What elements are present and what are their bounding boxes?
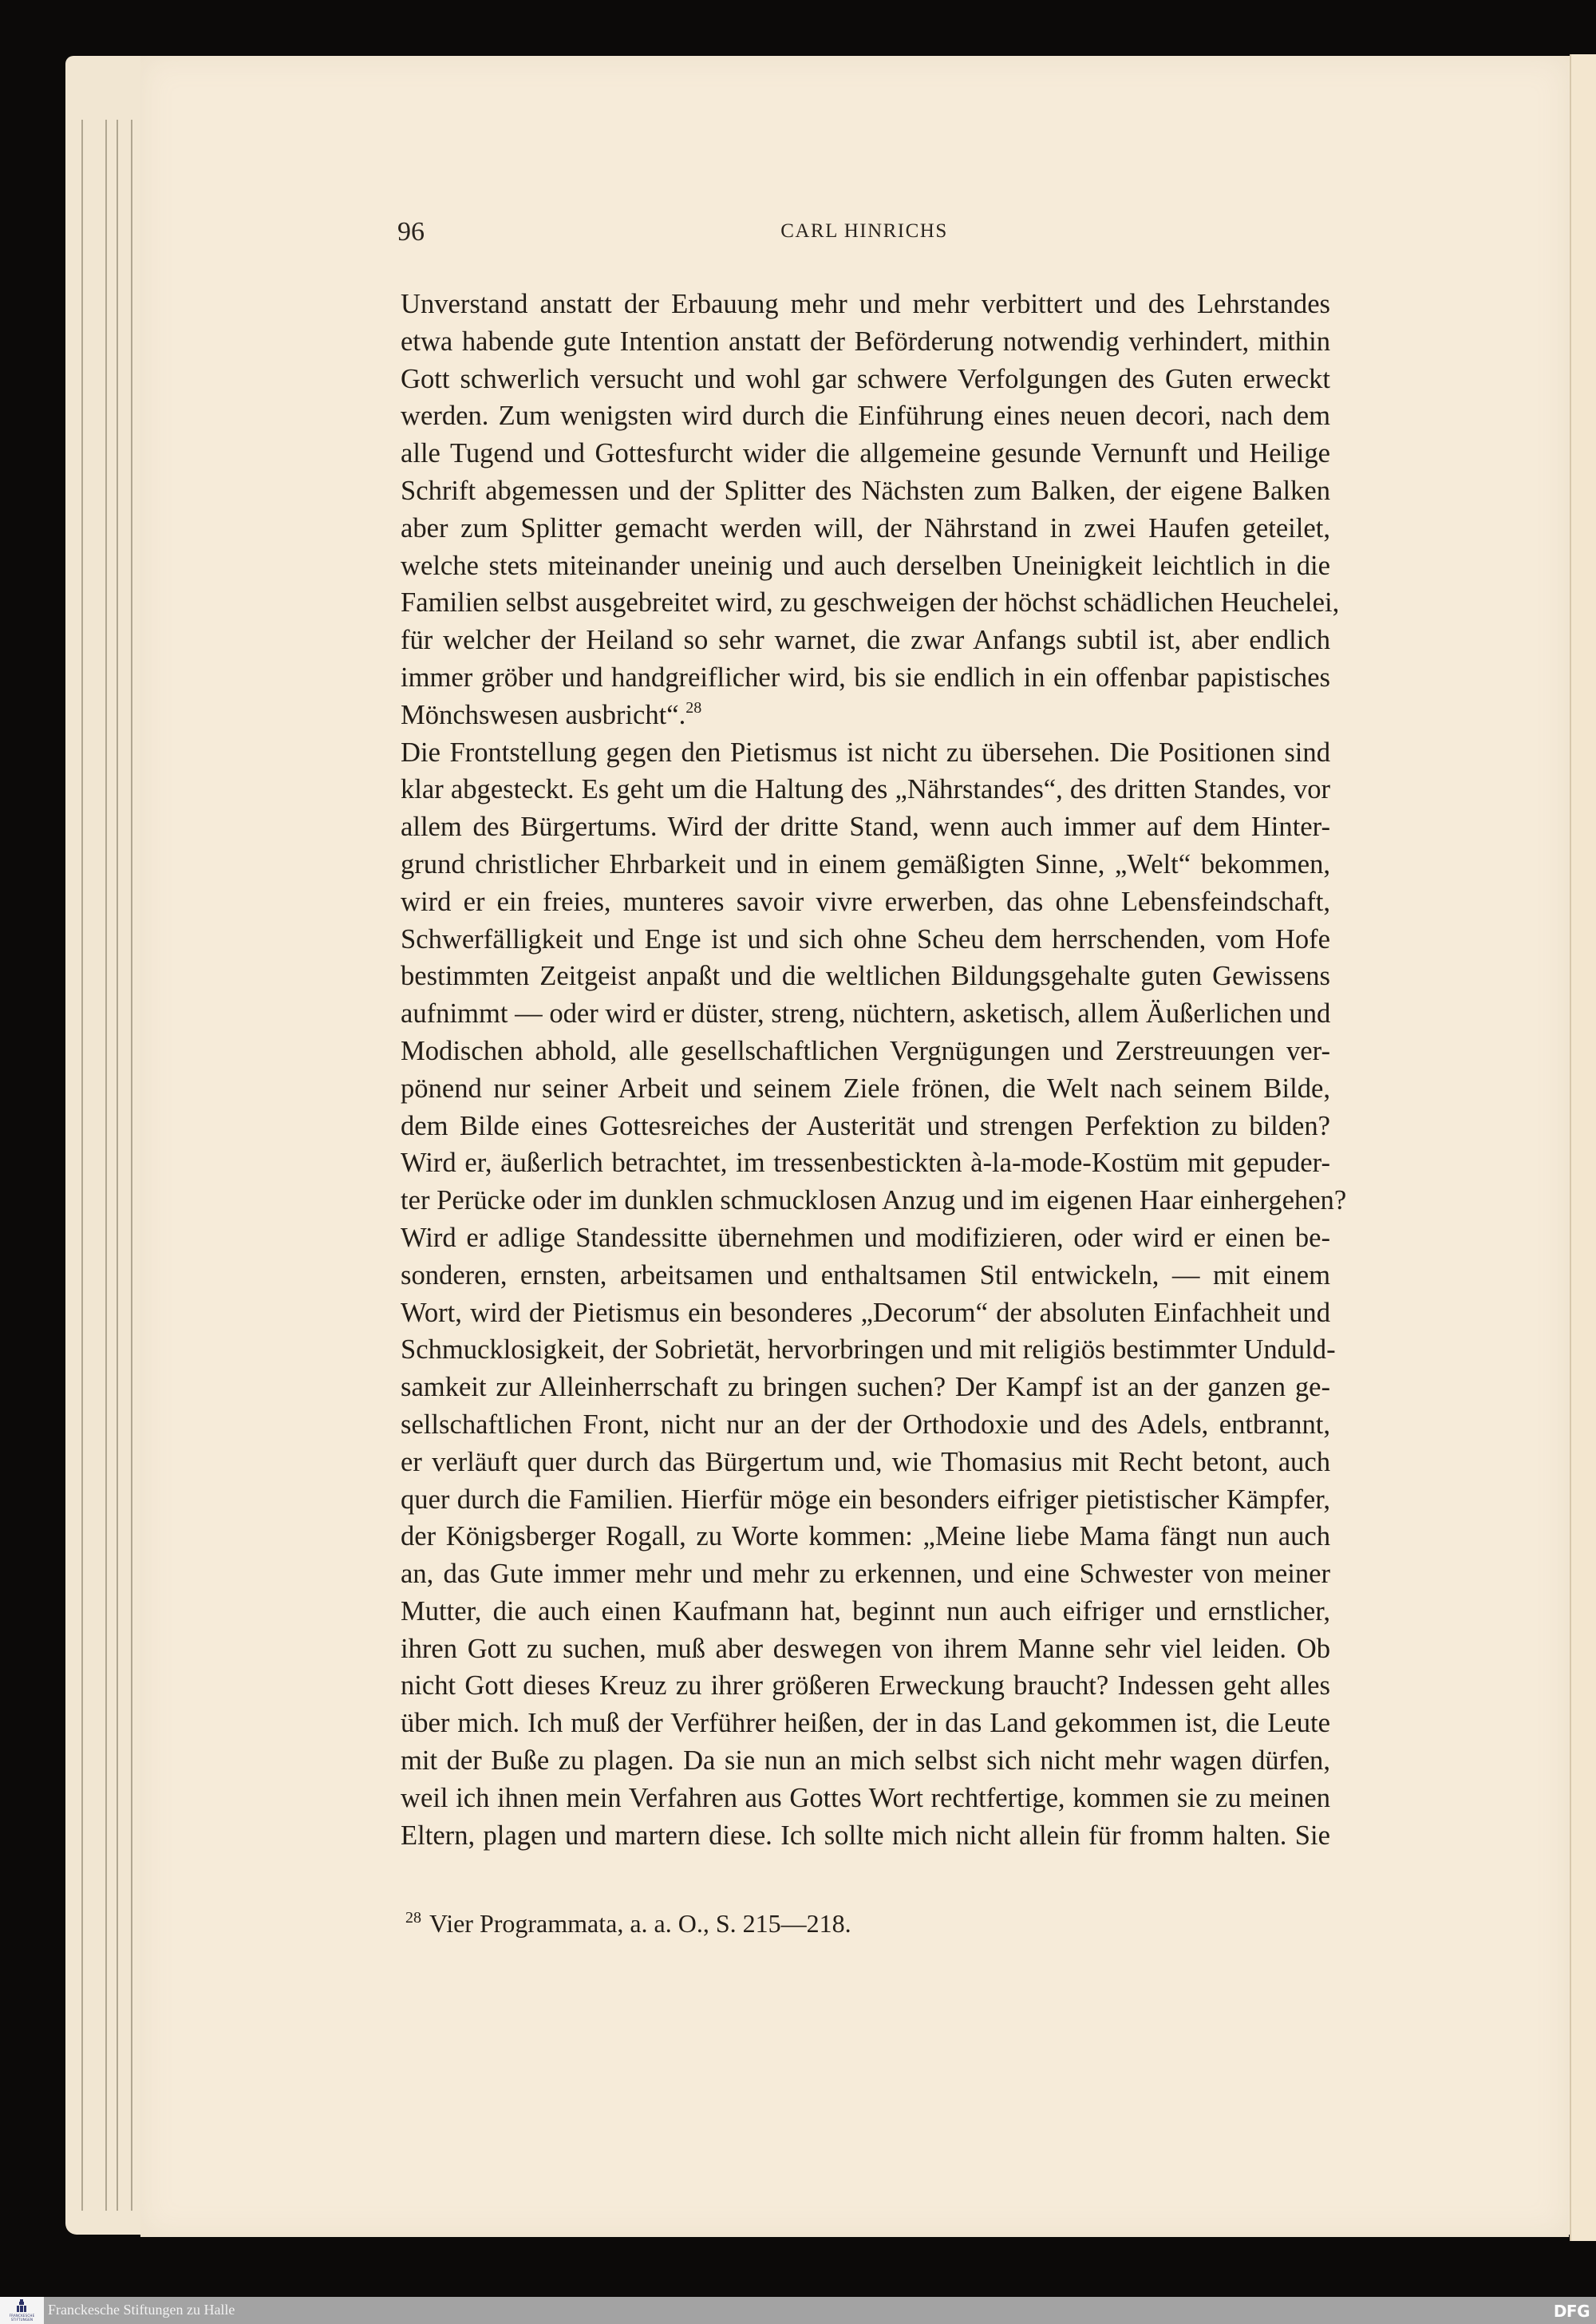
text-line: er verläuft quer durch das Bürgertum und… (401, 1444, 1330, 1481)
text-line: Schwerfälligkeit und Enge ist und sich o… (401, 921, 1330, 958)
text-line: über mich. Ich muß der Verführer heißen,… (401, 1705, 1330, 1742)
text-line: Die Frontstellung gegen den Pietismus is… (401, 734, 1330, 772)
text-line: dem Bilde eines Gottesreiches der Auster… (401, 1108, 1330, 1145)
text-line: Unverstand anstatt der Erbauung mehr und… (401, 286, 1330, 323)
text-line: Wird er, äußerlich betrachtet, im tresse… (401, 1144, 1330, 1182)
footnote-text: Vier Programmata, a. a. O., S. 215—218. (429, 1909, 851, 1938)
text-line: Mutter, die auch einen Kaufmann hat, beg… (401, 1593, 1330, 1630)
page-edge (117, 120, 118, 2211)
footnote: 28Vier Programmata, a. a. O., S. 215—218… (405, 1909, 851, 1939)
text-line: aufnimmt — oder wird er düster, streng, … (401, 995, 1330, 1033)
text-line: Mönchswesen ausbricht“. (401, 700, 685, 730)
text-line: Wort, wird der Pietismus ein besonderes … (401, 1294, 1330, 1332)
body-text: Unverstand anstatt der Erbauung mehr und… (401, 286, 1330, 1854)
text-line: sonderen, ernsten, arbeitsamen und entha… (401, 1257, 1330, 1294)
text-line: an, das Gute immer mehr und mehr zu erke… (401, 1555, 1330, 1593)
text-line: aber zum Splitter gemacht werden will, d… (401, 510, 1330, 547)
franckesche-stiftungen-logo[interactable]: FRANCKESCHE STIFTUNGEN (0, 2297, 44, 2324)
page-edge (105, 120, 107, 2211)
text-line: Modischen abhold, alle gesellschaftliche… (401, 1033, 1330, 1070)
page-edge (81, 120, 83, 2211)
text-line: sellschaftlichen Front, nicht nur an der… (401, 1406, 1330, 1444)
footnote-number: 28 (405, 1909, 421, 1927)
running-head: CARL HINRICHS (397, 220, 1331, 243)
text-line: pönend nur seiner Arbeit und seinem Ziel… (401, 1070, 1330, 1108)
text-line: quer durch die Familien. Hierfür möge ei… (401, 1481, 1330, 1519)
text-line-with-footnote: Mönchswesen ausbricht“.28 (401, 697, 1330, 734)
text-line: der Königsberger Rogall, zu Worte kommen… (401, 1518, 1330, 1555)
text-line: immer gröber und handgreiflicher wird, b… (401, 659, 1330, 697)
text-line: grund christlicher Ehrbarkeit und in ein… (401, 846, 1330, 883)
text-line: samkeit zur Alleinherrschaft zu bringen … (401, 1369, 1330, 1406)
scan-background: 96 CARL HINRICHS Unverstand anstatt der … (0, 0, 1596, 2297)
institution-name[interactable]: Franckesche Stiftungen zu Halle (48, 2302, 235, 2318)
facing-page-edge (1570, 54, 1596, 2241)
text-line: etwa habende gute Intention anstatt der … (401, 323, 1330, 361)
text-line: Schrift abgemessen und der Splitter des … (401, 472, 1330, 510)
logo-caption: FRANCKESCHE STIFTUNGEN (2, 2314, 42, 2322)
text-line: Schmucklosigkeit, der Sobrietät, hervorb… (401, 1331, 1330, 1369)
text-line: welche stets miteinander uneinig und auc… (401, 547, 1330, 585)
text-line: nicht Gott dieses Kreuz zu ihrer größere… (401, 1667, 1330, 1705)
text-line: ihren Gott zu suchen, muß aber deswegen … (401, 1630, 1330, 1668)
text-line: werden. Zum wenigsten wird durch die Ein… (401, 397, 1330, 435)
text-line: weil ich ihnen mein Verfahren aus Gottes… (401, 1780, 1330, 1817)
text-line: mit der Buße zu plagen. Da sie nun an mi… (401, 1742, 1330, 1780)
text-line: allem des Bürgertums. Wird der dritte St… (401, 808, 1330, 846)
page-edge (131, 120, 132, 2211)
footnote-reference[interactable]: 28 (685, 699, 701, 717)
viewer-footer-bar: FRANCKESCHE STIFTUNGEN Franckesche Stift… (0, 2297, 1596, 2324)
dfg-logo[interactable]: DFG (1554, 2302, 1590, 2321)
text-line: für welcher der Heiland so sehr warnet, … (401, 622, 1330, 659)
text-line: bestimmten Zeitgeist anpaßt und die welt… (401, 958, 1330, 995)
text-line: Eltern, plagen und martern diese. Ich so… (401, 1817, 1330, 1855)
text-line: klar abgesteckt. Es geht um die Haltung … (401, 771, 1330, 808)
text-line: Gott schwerlich versucht und wohl gar sc… (401, 361, 1330, 398)
institution-emblem-icon (16, 2299, 27, 2312)
text-line: ter Perücke oder im dunklen schmucklosen… (401, 1182, 1330, 1219)
text-line: Familien selbst ausgebreitet wird, zu ge… (401, 584, 1330, 622)
page-header: 96 CARL HINRICHS (397, 217, 1331, 252)
text-line: alle Tugend und Gottesfurcht wider die a… (401, 435, 1330, 472)
text-line: Wird er adlige Standessitte übernehmen u… (401, 1219, 1330, 1257)
text-line: wird er ein freies, munteres savoir vivr… (401, 883, 1330, 921)
